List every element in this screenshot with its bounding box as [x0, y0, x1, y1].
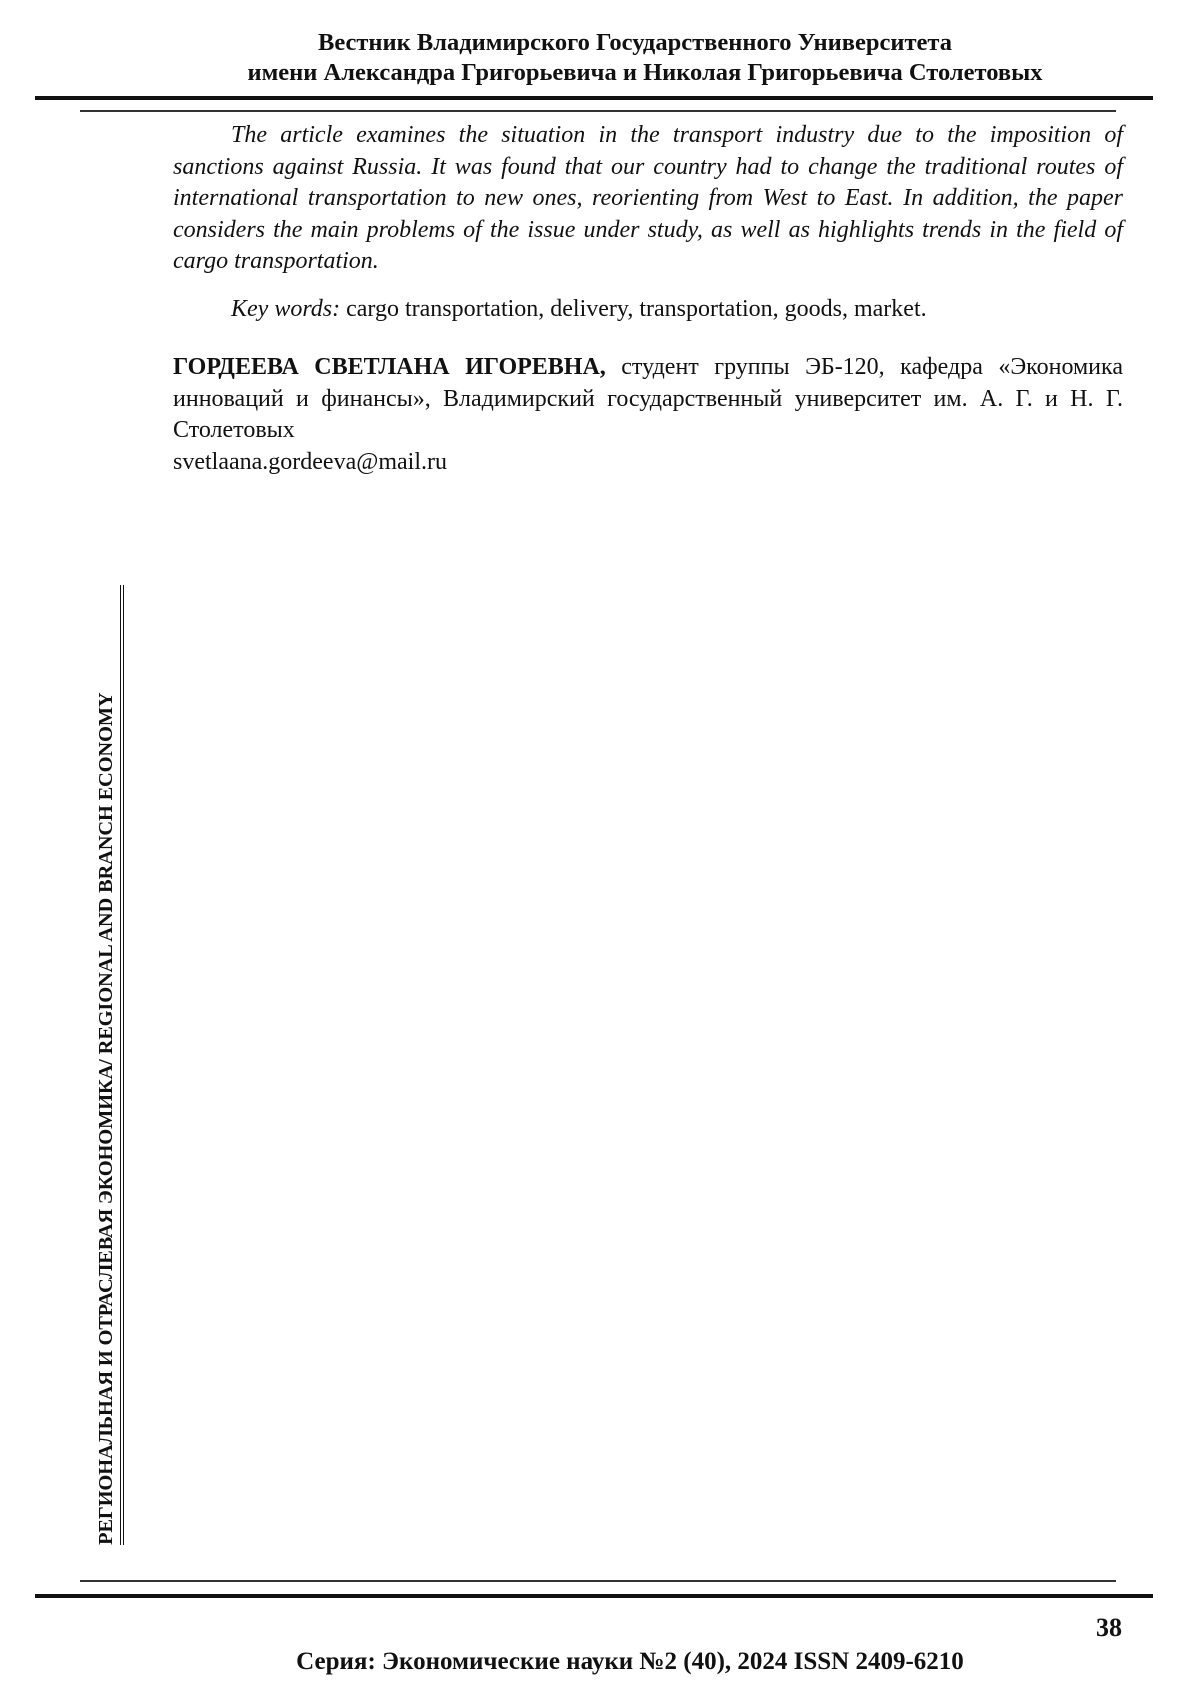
- author-info: ГОРДЕЕВА СВЕТЛАНА ИГОРЕВНА, студент груп…: [173, 352, 1123, 478]
- header-rule-thin: [80, 110, 1116, 112]
- keywords-text: cargo transportation, delivery, transpor…: [340, 296, 927, 322]
- keywords: Key words: cargo transportation, deliver…: [173, 294, 1123, 326]
- author-name: ГОРДЕЕВА СВЕТЛАНА ИГОРЕВНА,: [173, 354, 606, 380]
- keywords-label: Key words:: [231, 296, 340, 322]
- author-email[interactable]: svetlaana.gordeeva@mail.ru: [173, 447, 1123, 479]
- header-rule-thick: [35, 96, 1153, 100]
- journal-header: Вестник Владимирского Государственного У…: [0, 28, 1200, 88]
- footer-rule-thin: [80, 1580, 1116, 1582]
- section-sidebar-label: РЕГИОНАЛЬНАЯ И ОТРАСЛЕВАЯ ЭКОНОМИКА/ REG…: [94, 585, 124, 1545]
- abstract-text: The article examines the situation in th…: [173, 120, 1123, 278]
- page-number: 38: [1096, 1613, 1122, 1643]
- journal-title-line-2: имени Александра Григорьевича и Николая …: [0, 58, 1200, 88]
- series-footer: Серия: Экономические науки №2 (40), 2024…: [0, 1648, 1200, 1676]
- article-content: The article examines the situation in th…: [173, 120, 1123, 478]
- journal-title-line-1: Вестник Владимирского Государственного У…: [0, 28, 1200, 58]
- footer-rule-thick: [35, 1594, 1153, 1598]
